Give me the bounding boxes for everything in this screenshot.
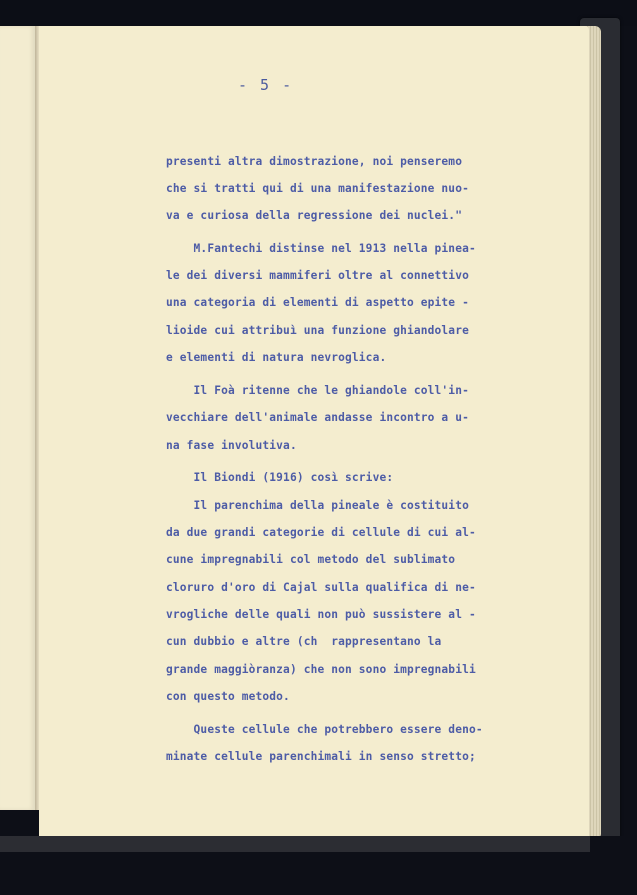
- text-line: presenti altra dimostrazione, noi penser…: [166, 155, 462, 168]
- text-line: vecchiare dell'animale andasse incontro …: [166, 411, 469, 424]
- text-line: cune impregnabili col metodo del sublima…: [166, 553, 455, 566]
- left-page-edge: [0, 26, 35, 810]
- text-line: Il Foà ritenne che le ghiandole coll'in-: [166, 384, 469, 397]
- text-line: vrogliche delle quali non può sussistere…: [166, 608, 476, 621]
- scan-background-top: [0, 0, 637, 26]
- text-line: grande maggiòranza) che non sono impregn…: [166, 663, 476, 676]
- text-line: Queste cellule che potrebbero essere den…: [166, 723, 483, 736]
- text-line: da due grandi categorie di cellule di cu…: [166, 526, 476, 539]
- text-line: va e curiosa della regressione dei nucle…: [166, 209, 462, 222]
- text-line: na fase involutiva.: [166, 439, 297, 452]
- text-line: minate cellule parenchimali in senso str…: [166, 750, 476, 763]
- text-line: con questo metodo.: [166, 690, 290, 703]
- scan-background-bottom: [0, 836, 637, 895]
- text-line: e elementi di natura nevroglica.: [166, 351, 386, 364]
- text-line: cloruro d'oro di Cajal sulla qualifica d…: [166, 581, 476, 594]
- text-line: M.Fantechi distinse nel 1913 nella pinea…: [166, 242, 476, 255]
- text-line: Il Biondi (1916) così scrive:: [166, 471, 393, 484]
- text-line: una categoria di elementi di aspetto epi…: [166, 296, 469, 309]
- text-line: che si tratti qui di una manifestazione …: [166, 182, 469, 195]
- book-cover-bottom: [0, 836, 590, 852]
- text-line: cun dubbio e altre (ch rappresentano la: [166, 635, 441, 648]
- text-line: Il parenchima della pineale è costituito: [166, 499, 469, 512]
- document-page: [39, 26, 589, 836]
- text-line: le dei diversi mammiferi oltre al connet…: [166, 269, 469, 282]
- page-number: - 5 -: [238, 76, 293, 94]
- text-line: lioide cui attribuì una funzione ghiando…: [166, 324, 469, 337]
